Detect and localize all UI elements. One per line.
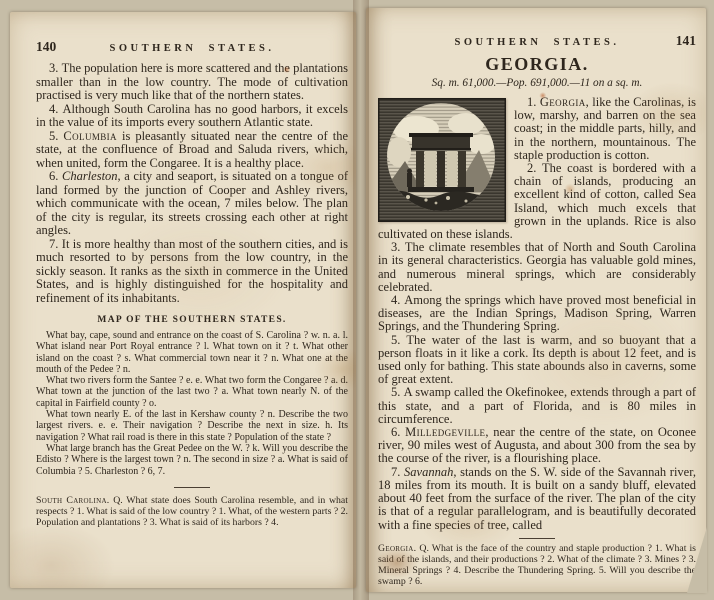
paragraph: 7. It is more healthy than most of the s…	[36, 238, 348, 306]
left-footnote: South Carolina. Q. What state does South…	[36, 495, 348, 528]
footnote-divider	[519, 538, 555, 539]
right-page-number: 141	[652, 33, 696, 49]
question-line: What large branch has the Great Pedee on…	[36, 443, 348, 477]
footnote-divider	[174, 487, 210, 488]
right-page-header: SOUTHERN STATES. 141	[378, 33, 696, 49]
left-page-number: 140	[36, 39, 80, 55]
paragraph-lead: Milledgeville	[405, 425, 485, 439]
paragraph: 5. Columbia is pleasantly situated near …	[36, 130, 348, 171]
pavilion-woodcut-image	[378, 98, 506, 222]
paragraph-lead: Charleston	[62, 169, 118, 183]
chapter-title: GEORGIA.	[378, 54, 696, 75]
page-right: SOUTHERN STATES. 141 GEORGIA. Sq. m. 61,…	[366, 8, 706, 592]
paragraph-lead: Columbia	[63, 129, 117, 143]
paragraph: 3. The climate resembles that of North a…	[378, 241, 696, 294]
right-running-head: SOUTHERN STATES.	[422, 37, 652, 48]
question-line: What bay, cape, sound and entrance on th…	[36, 330, 348, 375]
paragraph: 7. Savannah, stands on the S. W. side of…	[378, 466, 696, 532]
left-footnote-lead: South Carolina.	[36, 495, 110, 506]
right-body-text: 1. Georgia, like the Carolinas, is low, …	[378, 96, 696, 532]
map-section-heading: MAP OF THE SOUTHERN STATES.	[36, 315, 348, 325]
paragraph: 6. Milledgeville, near the centre of the…	[378, 426, 696, 466]
left-page-header: 140 SOUTHERN STATES.	[36, 39, 348, 55]
question-line: What town nearly E. of the last in Kersh…	[36, 409, 348, 443]
paragraph-lead: Georgia	[540, 95, 586, 109]
left-body-text: 3. The population here is more scattered…	[36, 62, 348, 305]
georgia-engraving	[378, 98, 506, 222]
right-footnote-lead: Georgia.	[378, 543, 416, 554]
left-running-head: SOUTHERN STATES.	[80, 43, 304, 54]
paragraph: 5. The water of the last is warm, and so…	[378, 334, 696, 387]
state-statistics-line: Sq. m. 61,000.—Pop. 691,000.—11 on a sq.…	[378, 77, 696, 89]
book-scan: 140 SOUTHERN STATES. 3. The population h…	[0, 0, 714, 600]
right-footnote: Georgia. Q. What is the face of the coun…	[378, 543, 696, 587]
paragraph: 5. A swamp called the Okefinokee, extend…	[378, 386, 696, 426]
paragraph-lead: Savannah	[404, 465, 453, 479]
paragraph: 4. Although South Carolina has no good h…	[36, 103, 348, 130]
right-footnote-text: Q. What is the face of the country and s…	[378, 543, 696, 587]
question-line: What two rivers form the Santee ? e. e. …	[36, 375, 348, 409]
map-questions: What bay, cape, sound and entrance on th…	[36, 330, 348, 477]
paragraph: 4. Among the springs which have proved m…	[378, 294, 696, 334]
paragraph: 3. The population here is more scattered…	[36, 62, 348, 103]
paragraph: 6. Charleston, a city and seaport, is si…	[36, 170, 348, 238]
page-left: 140 SOUTHERN STATES. 3. The population h…	[10, 12, 356, 588]
